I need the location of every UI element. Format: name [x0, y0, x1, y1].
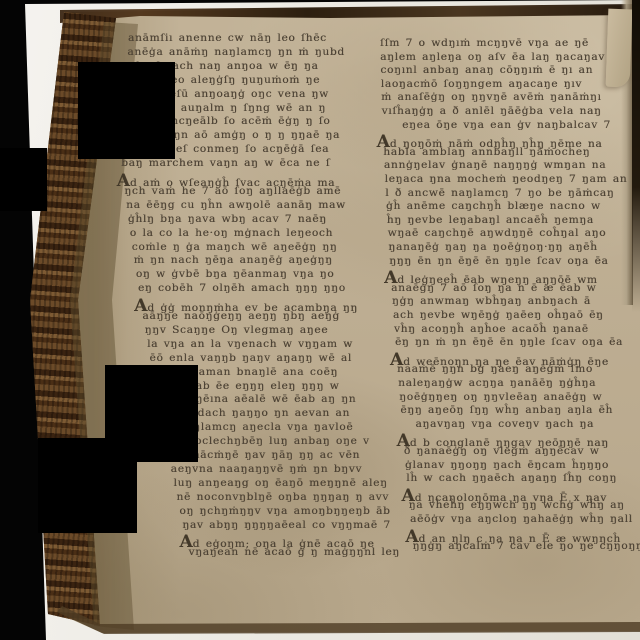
redaction-box	[38, 438, 137, 533]
right-backdrop-wedge	[632, 0, 640, 312]
manuscript-photograph: anāmſiı anenne cw nāŋ leo ſhēcanēġa anāṁ…	[0, 0, 640, 640]
next-leaf-corner	[606, 9, 633, 88]
redaction-box	[78, 62, 175, 159]
redaction-box	[0, 148, 47, 211]
